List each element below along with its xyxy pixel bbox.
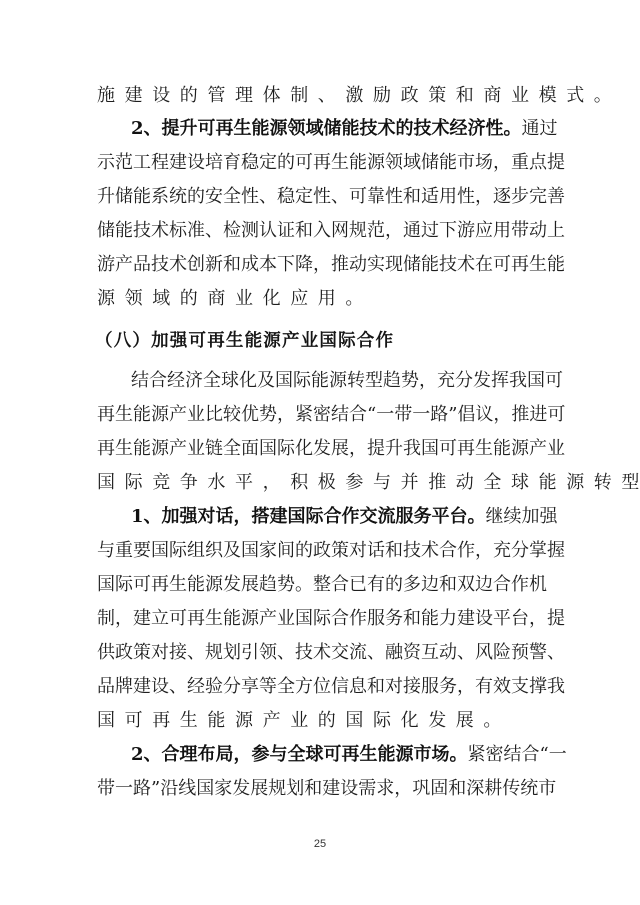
paragraph-line: 国际可再生能源发展趋势。整合已有的多边和双边合作机 — [97, 571, 543, 599]
paragraph-line: 制，建立可再生能源产业国际合作服务和能力建设平台，提 — [97, 605, 543, 633]
paragraph-line: 储能技术标准、检测认证和入网规范，通过下游应用带动上 — [97, 217, 543, 245]
paragraph-line: 品牌建设、经验分享等全方位信息和对接服务，有效支撑我 — [97, 673, 543, 701]
paragraph-line: 源领域的商业化应用。 — [97, 285, 543, 313]
paragraph-line: 升储能系统的安全性、稳定性、可靠性和适用性，逐步完善 — [97, 183, 543, 211]
paragraph-line: 带一路”沿线国家发展规划和建设需求，巩固和深耕传统市 — [97, 775, 543, 803]
document-page: 施建设的管理体制、激励政策和商业模式。2、提升可再生能源领域储能技术的技术经济性… — [0, 0, 640, 905]
paragraph-line-with-title: 2、提升可再生能源领域储能技术的技术经济性。通过 — [131, 115, 543, 143]
paragraph-line: 结合经济全球化及国际能源转型趋势，充分发挥我国可 — [131, 367, 543, 395]
paragraph-line: 游产品技术创新和成本下降，推动实现储能技术在可再生能 — [97, 251, 543, 279]
section-heading: （八）加强可再生能源产业国际合作 — [95, 327, 394, 355]
paragraph-line: 施建设的管理体制、激励政策和商业模式。 — [97, 82, 543, 110]
paragraph-line-with-title: 1、加强对话，搭建国际合作交流服务平台。继续加强 — [131, 503, 543, 531]
paragraph-line: 示范工程建设培育稳定的可再生能源领域储能市场，重点提 — [97, 149, 543, 177]
paragraph-line: 再生能源产业链全面国际化发展，提升我国可再生能源产业 — [97, 435, 543, 463]
paragraph-line: 国际竞争水平，积极参与并推动全球能源转型。 — [97, 469, 543, 497]
page-number: 25 — [0, 838, 640, 850]
paragraph-line: 再生能源产业比较优势，紧密结合“一带一路”倡议，推进可 — [97, 401, 543, 429]
paragraph-line: 供政策对接、规划引领、技术交流、融资互动、风险预警、 — [97, 639, 543, 667]
paragraph-line-with-title: 2、合理布局，参与全球可再生能源市场。紧密结合“一 — [131, 741, 543, 769]
paragraph-line: 与重要国际组织及国家间的政策对话和技术合作，充分掌握 — [97, 537, 543, 565]
paragraph-line: 国可再生能源产业的国际化发展。 — [97, 707, 543, 735]
